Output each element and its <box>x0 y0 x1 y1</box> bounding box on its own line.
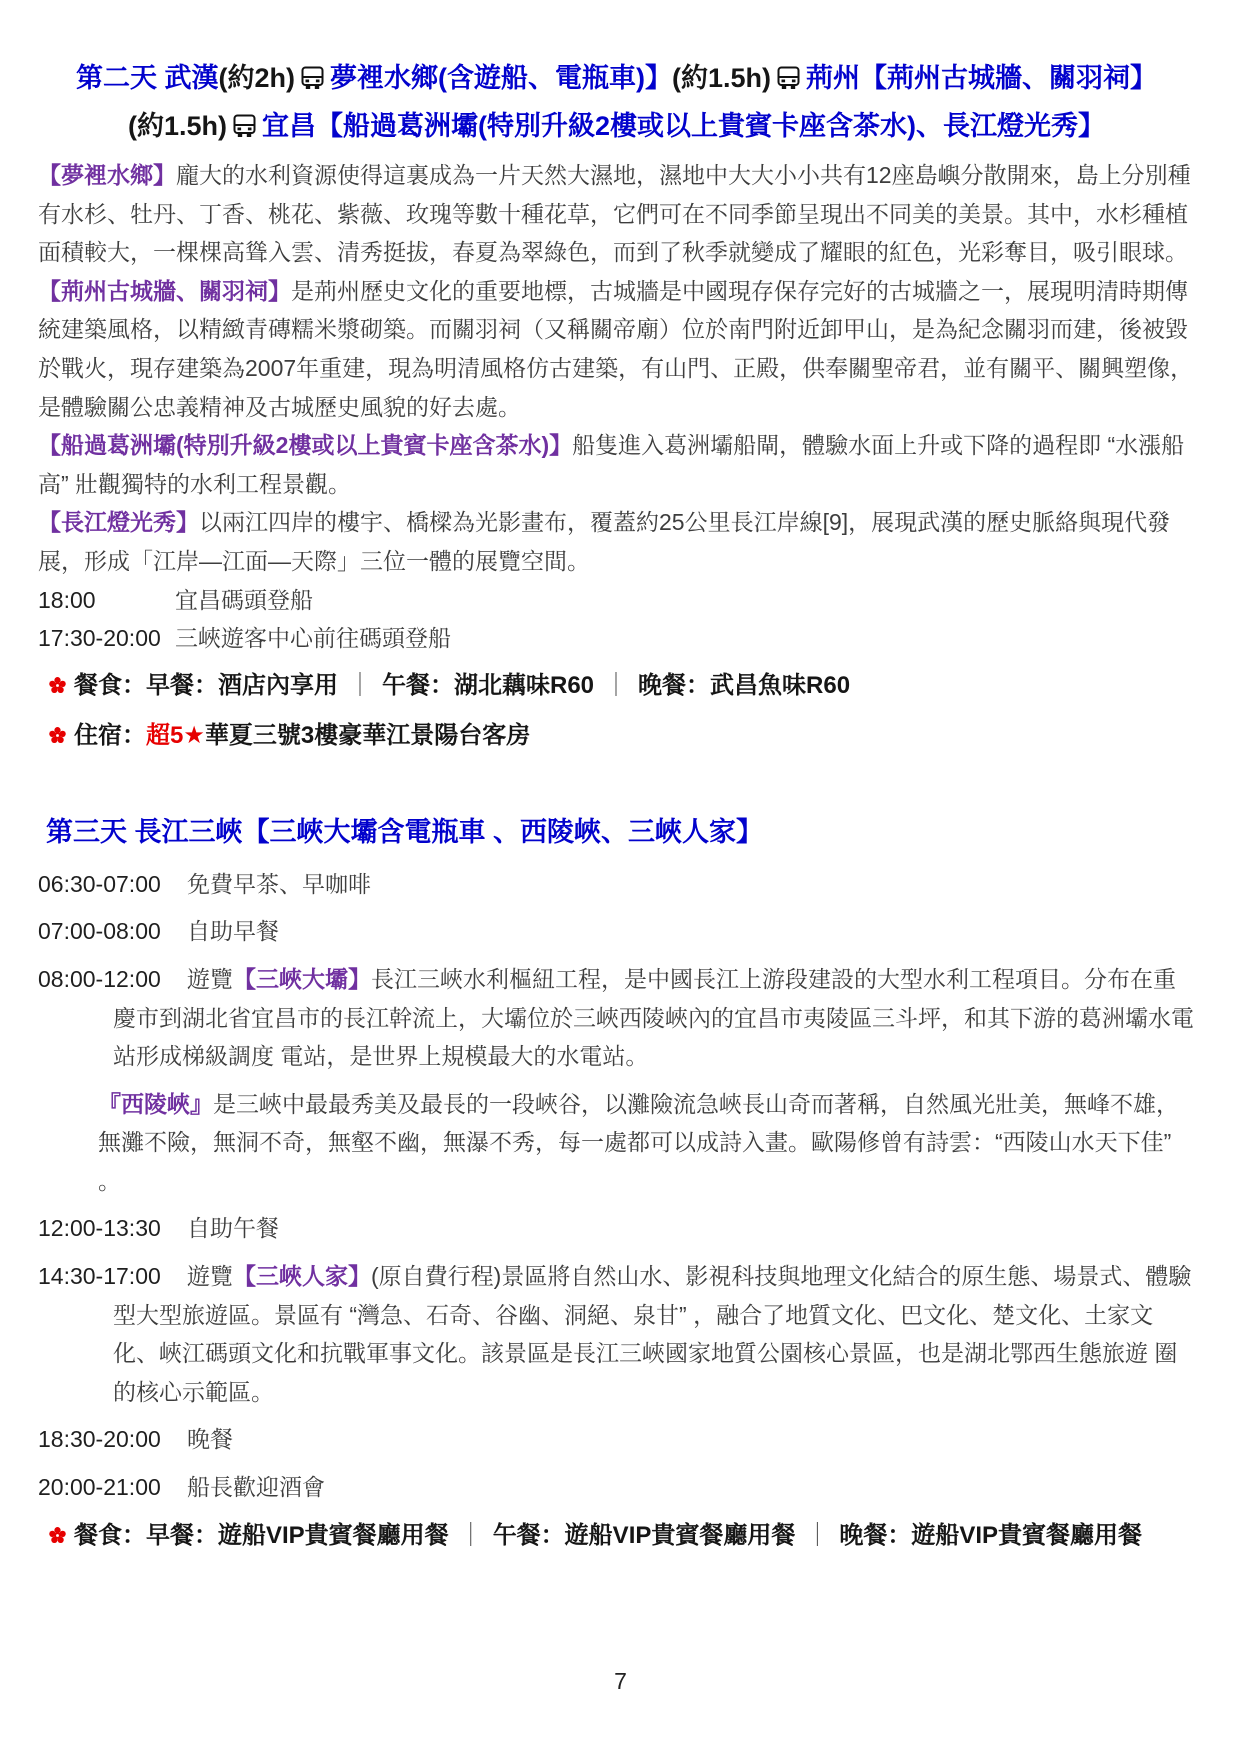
stay-text: 華夏三號3樓豪華江景陽台客房 <box>205 722 530 749</box>
day3-meals-line: 餐食：早餐：遊船VIP貴賓餐廳用餐｜午餐：遊船VIP貴賓餐廳用餐｜晚餐：遊船VI… <box>48 1516 1195 1558</box>
schedule-row: 18:00宜昌碼頭登船 <box>38 581 1195 620</box>
schedule-desc: 自助午餐 <box>187 1215 279 1241</box>
schedule-desc: 宜昌碼頭登船 <box>175 587 313 613</box>
schedule-row: 18:30-20:00晚餐 <box>38 1420 1195 1459</box>
attraction-paragraph: 【荊州古城牆、關羽祠】是荊州歷史文化的重要地標，古城牆是中國現存保存完好的古城牆… <box>38 272 1195 426</box>
schedule-time: 14:30-17:00 <box>38 1257 187 1296</box>
flower-icon <box>48 718 67 758</box>
day2-duration-3: (約1.5h) <box>128 111 227 141</box>
schedule-prefix: 遊覽 <box>187 1263 233 1289</box>
separator: ｜ <box>449 1522 493 1549</box>
day2-header-line1: 第二天 武漢(約2h)夢裡水鄉(含遊船、電瓶車)】(約1.5h)荊州【荊州古城牆… <box>38 56 1195 104</box>
schedule-time: 08:00-12:00 <box>38 960 187 999</box>
schedule-desc: 自助早餐 <box>187 918 279 944</box>
day2-meals-line: 餐食：早餐：酒店內享用｜午餐：湖北藕味R60｜晚餐：武昌魚味R60 <box>48 666 1195 708</box>
schedule-time: 07:00-08:00 <box>38 912 187 951</box>
meals-dinner: 晚餐：武昌魚味R60 <box>638 672 850 699</box>
schedule-row: 17:30-20:00三峽遊客中心前往碼頭登船 <box>38 619 1195 658</box>
meals-label: 餐食： <box>74 672 146 699</box>
day2-segment-1: 夢裡水鄉(含遊船、電瓶車)】 <box>330 63 672 93</box>
meals-lunch: 午餐：遊船VIP貴賓餐廳用餐 <box>493 1522 796 1549</box>
day2-title: 第二天 武漢 <box>76 63 219 93</box>
bus-icon <box>232 107 257 152</box>
schedule-row: 08:00-12:00遊覽【三峽大壩】長江三峽水利樞紐工程，是中國長江上游段建設… <box>38 960 1195 1076</box>
schedule-row: 07:00-08:00自助早餐 <box>38 912 1195 951</box>
day2-header-line2: (約1.5h)宜昌【船過葛洲壩(特別升級2樓或以上貴賓卡座含茶水)、長江燈光秀】 <box>38 104 1195 152</box>
attraction-label: 【三峽人家】 <box>233 1263 371 1289</box>
attraction-label: 【船過葛洲壩(特別升級2樓或以上貴賓卡座含茶水)】 <box>38 432 572 458</box>
day2-segment-2: 荊州【荊州古城牆、關羽祠】 <box>806 63 1157 93</box>
day2-descriptions: 【夢裡水鄉】龐大的水利資源使得這裏成為一片天然大濕地，濕地中大大小小共有12座島… <box>38 156 1195 581</box>
schedule-time: 20:00-21:00 <box>38 1468 187 1507</box>
schedule-desc: 三峽遊客中心前往碼頭登船 <box>175 625 451 651</box>
day2-duration-1: (約2h) <box>219 63 296 93</box>
day2-duration-2: (約1.5h) <box>672 63 771 93</box>
day2-segment-3: 宜昌【船過葛洲壩(特別升級2樓或以上貴賓卡座含茶水)、長江燈光秀】 <box>262 111 1105 141</box>
attraction-text: 以兩江四岸的樓宇、橋樑為光影畫布，覆蓋約25公里長江岸線[9]，展現武漢的歷史脈… <box>38 509 1170 574</box>
separator: ｜ <box>594 672 638 699</box>
meals-dinner: 晚餐：遊船VIP貴賓餐廳用餐 <box>839 1522 1142 1549</box>
page-number: 7 <box>0 1668 1241 1695</box>
meals-breakfast: 早餐：遊船VIP貴賓餐廳用餐 <box>146 1522 449 1549</box>
flower-icon <box>48 1518 67 1558</box>
attraction-label: 【長江燈光秀】 <box>38 509 199 535</box>
bus-icon <box>776 59 801 104</box>
schedule-time: 18:00 <box>38 581 175 620</box>
flower-icon <box>48 668 67 708</box>
schedule-row: 12:00-13:30自助午餐 <box>38 1209 1195 1248</box>
schedule-desc: 船長歡迎酒會 <box>187 1474 325 1500</box>
schedule-time: 06:30-07:00 <box>38 865 187 904</box>
itinerary-page: 第二天 武漢(約2h)夢裡水鄉(含遊船、電瓶車)】(約1.5h)荊州【荊州古城牆… <box>0 0 1241 1755</box>
attraction-label: 【夢裡水鄉】 <box>38 162 176 188</box>
meals-lunch: 午餐：湖北藕味R60 <box>382 672 594 699</box>
schedule-row: 06:30-07:00免費早茶、早咖啡 <box>38 865 1195 904</box>
day3-header: 第三天 長江三峽【三峽大壩含電瓶車 、西陵峽、三峽人家】 <box>46 810 1195 855</box>
attraction-paragraph: 【船過葛洲壩(特別升級2樓或以上貴賓卡座含茶水)】船隻進入葛洲壩船閘，體驗水面上… <box>38 426 1195 503</box>
attraction-text: 龐大的水利資源使得這裏成為一片天然大濕地，濕地中大大小小共有12座島嶼分散開來，… <box>38 162 1191 265</box>
star-icon: ★ <box>183 722 205 749</box>
attraction-label: 【荊州古城牆、關羽祠】 <box>38 278 291 304</box>
meals-breakfast: 早餐：酒店內享用 <box>146 672 338 699</box>
attraction-label: 『西陵峽』 <box>98 1091 213 1117</box>
separator: ｜ <box>795 1522 839 1549</box>
schedule-time: 12:00-13:30 <box>38 1209 187 1248</box>
schedule-desc: 免費早茶、早咖啡 <box>187 871 371 897</box>
schedule-prefix: 遊覽 <box>187 966 233 992</box>
meals-label: 餐食： <box>74 1522 146 1549</box>
attraction-paragraph: 【夢裡水鄉】龐大的水利資源使得這裏成為一片天然大濕地，濕地中大大小小共有12座島… <box>38 156 1195 272</box>
sub-paragraph-text: 是三峽中最最秀美及最長的一段峽谷，以灘險流急峽長山奇而著稱，自然風光壯美，無峰不… <box>98 1091 1179 1194</box>
attraction-label: 【三峽大壩】 <box>233 966 371 992</box>
stay-label: 住宿： <box>74 722 146 749</box>
separator: ｜ <box>338 672 382 699</box>
schedule-desc: 晚餐 <box>187 1426 233 1452</box>
day2-stay-line: 住宿：超5★華夏三號3樓豪華江景陽台客房 <box>48 716 1195 758</box>
schedule-row: 20:00-21:00船長歡迎酒會 <box>38 1468 1195 1507</box>
schedule-row: 14:30-17:00遊覽【三峽人家】(原自費行程)景區將自然山水、影視科技與地… <box>38 1257 1195 1411</box>
attraction-paragraph: 【長江燈光秀】以兩江四岸的樓宇、橋樑為光影畫布，覆蓋約25公里長江岸線[9]，展… <box>38 503 1195 580</box>
schedule-time: 17:30-20:00 <box>38 619 175 658</box>
schedule-time: 18:30-20:00 <box>38 1420 187 1459</box>
stay-highlight: 超5 <box>146 722 183 749</box>
sub-paragraph: 『西陵峽』是三峽中最最秀美及最長的一段峽谷，以灘險流急峽長山奇而著稱，自然風光壯… <box>38 1085 1195 1201</box>
bus-icon <box>300 59 325 104</box>
